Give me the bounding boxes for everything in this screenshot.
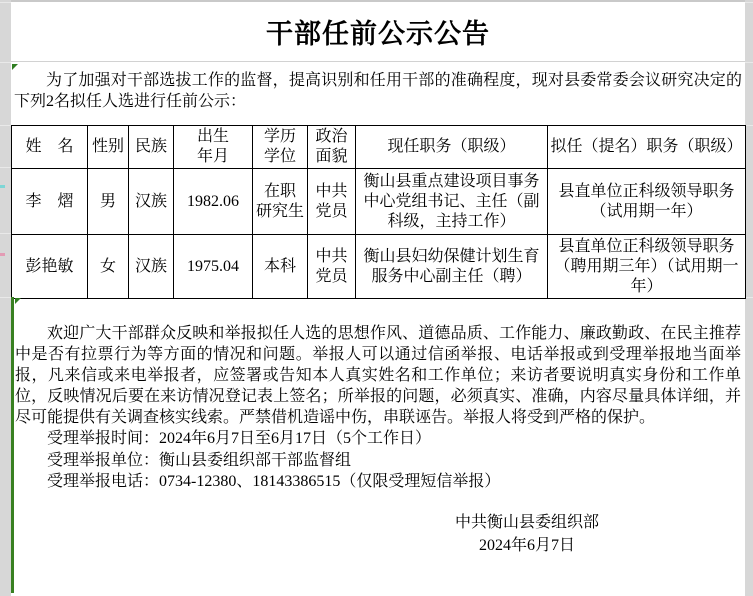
reporting-notice-paragraph: 欢迎广大干部群众反映和举报拟任人选的思想作风、道德品质、工作能力、廉政勤政、在民… [15, 323, 741, 428]
grid-line [745, 2, 753, 3]
intro-paragraph: 为了加强对干部选拔工作的监督，提高识别和任用干部的准确程度，现对县委常委会议研究… [14, 70, 742, 112]
cell-ethnicity[interactable]: 汉族 [129, 235, 174, 299]
table-row: 李 熠 男 汉族 1982.06 在职 研究生 中共 党员 衡山县重点建设项目事… [12, 169, 746, 235]
notice-document: 干部任前公示公告 为了加强对干部选拔工作的监督，提高识别和任用干部的准确程度，现… [11, 0, 745, 596]
table-header-row: 姓 名 性别 民族 出生 年月 学历 学位 政治 面貌 现任职务（职级） 拟任（… [12, 126, 746, 169]
header-gender[interactable]: 性别 [88, 126, 129, 169]
table-row: 彭艳敏 女 汉族 1975.04 本科 中共 党员 衡山县妇幼保健计划生育服务中… [12, 235, 746, 299]
cell-party[interactable]: 中共 党员 [308, 169, 356, 235]
grid-line [0, 2, 11, 3]
cell-education[interactable]: 本科 [253, 235, 308, 299]
grid-line [0, 233, 11, 234]
cell-name[interactable]: 李 熠 [12, 169, 88, 235]
cell-education[interactable]: 在职 研究生 [253, 169, 308, 235]
cell-current-post[interactable]: 衡山县重点建设项目事务中心党组书记、主任（副科级，主持工作） [356, 169, 548, 235]
cell-flag-triangle-icon [15, 298, 21, 304]
cell-birth[interactable]: 1975.04 [174, 235, 253, 299]
page-title: 干部任前公示公告 [266, 12, 490, 51]
header-birth[interactable]: 出生 年月 [174, 126, 253, 169]
header-education[interactable]: 学历 学位 [253, 126, 308, 169]
sheet-right-strip [745, 0, 753, 596]
grid-line [0, 297, 11, 298]
signature-date: 2024年6月7日 [455, 534, 599, 557]
cell-name[interactable]: 彭艳敏 [12, 235, 88, 299]
cell-ethnicity[interactable]: 汉族 [129, 169, 174, 235]
header-current-post[interactable]: 现任职务（职级） [356, 126, 548, 169]
row-marker-tick [0, 253, 5, 256]
row-marker-tick [0, 185, 5, 188]
intro-cell[interactable]: 为了加强对干部选拔工作的监督，提高识别和任用干部的准确程度，现对县委常委会议研究… [11, 63, 745, 125]
signature-org: 中共衡山县委组织部 [455, 511, 599, 534]
header-ethnicity[interactable]: 民族 [129, 126, 174, 169]
report-unit-line: 受理举报单位：衡山县委组织部干部监督组 [15, 450, 741, 472]
header-proposed-post[interactable]: 拟任（提名）职务（职级） [548, 126, 746, 169]
candidate-table: 姓 名 性别 民族 出生 年月 学历 学位 政治 面貌 现任职务（职级） 拟任（… [11, 125, 746, 299]
cell-proposed-post[interactable]: 县直单位正科级领导职务（聘用期三年）（试用期一年） [548, 235, 746, 299]
cell-gender[interactable]: 男 [88, 169, 129, 235]
cell-current-post[interactable]: 衡山县妇幼保健计划生育服务中心副主任（聘） [356, 235, 548, 299]
header-name[interactable]: 姓 名 [12, 126, 88, 169]
grid-line [745, 62, 753, 63]
sheet-left-strip [0, 0, 11, 596]
header-party[interactable]: 政治 面貌 [308, 126, 356, 169]
cell-birth[interactable]: 1982.06 [174, 169, 253, 235]
signature-block: 中共衡山县委组织部 2024年6月7日 [455, 511, 599, 557]
grid-line [0, 167, 11, 168]
report-phone-line: 受理举报电话：0734-12380、18143386515（仅限受理短信举报） [15, 471, 741, 493]
report-time-line: 受理举报时间：2024年6月7日至6月17日（5个工作日） [15, 428, 741, 450]
grid-line [0, 125, 11, 126]
grid-line [0, 62, 11, 63]
cell-proposed-post[interactable]: 县直单位正科级领导职务（试用期一年） [548, 169, 746, 235]
cell-party[interactable]: 中共 党员 [308, 235, 356, 299]
grid-line [745, 125, 753, 126]
notice-cell-selected[interactable]: 欢迎广大干部群众反映和举报拟任人选的思想作风、道德品质、工作能力、廉政勤政、在民… [11, 297, 745, 593]
grid-line [745, 297, 753, 298]
title-cell[interactable]: 干部任前公示公告 [11, 0, 745, 62]
cell-gender[interactable]: 女 [88, 235, 129, 299]
cell-flag-triangle-icon [12, 64, 18, 70]
